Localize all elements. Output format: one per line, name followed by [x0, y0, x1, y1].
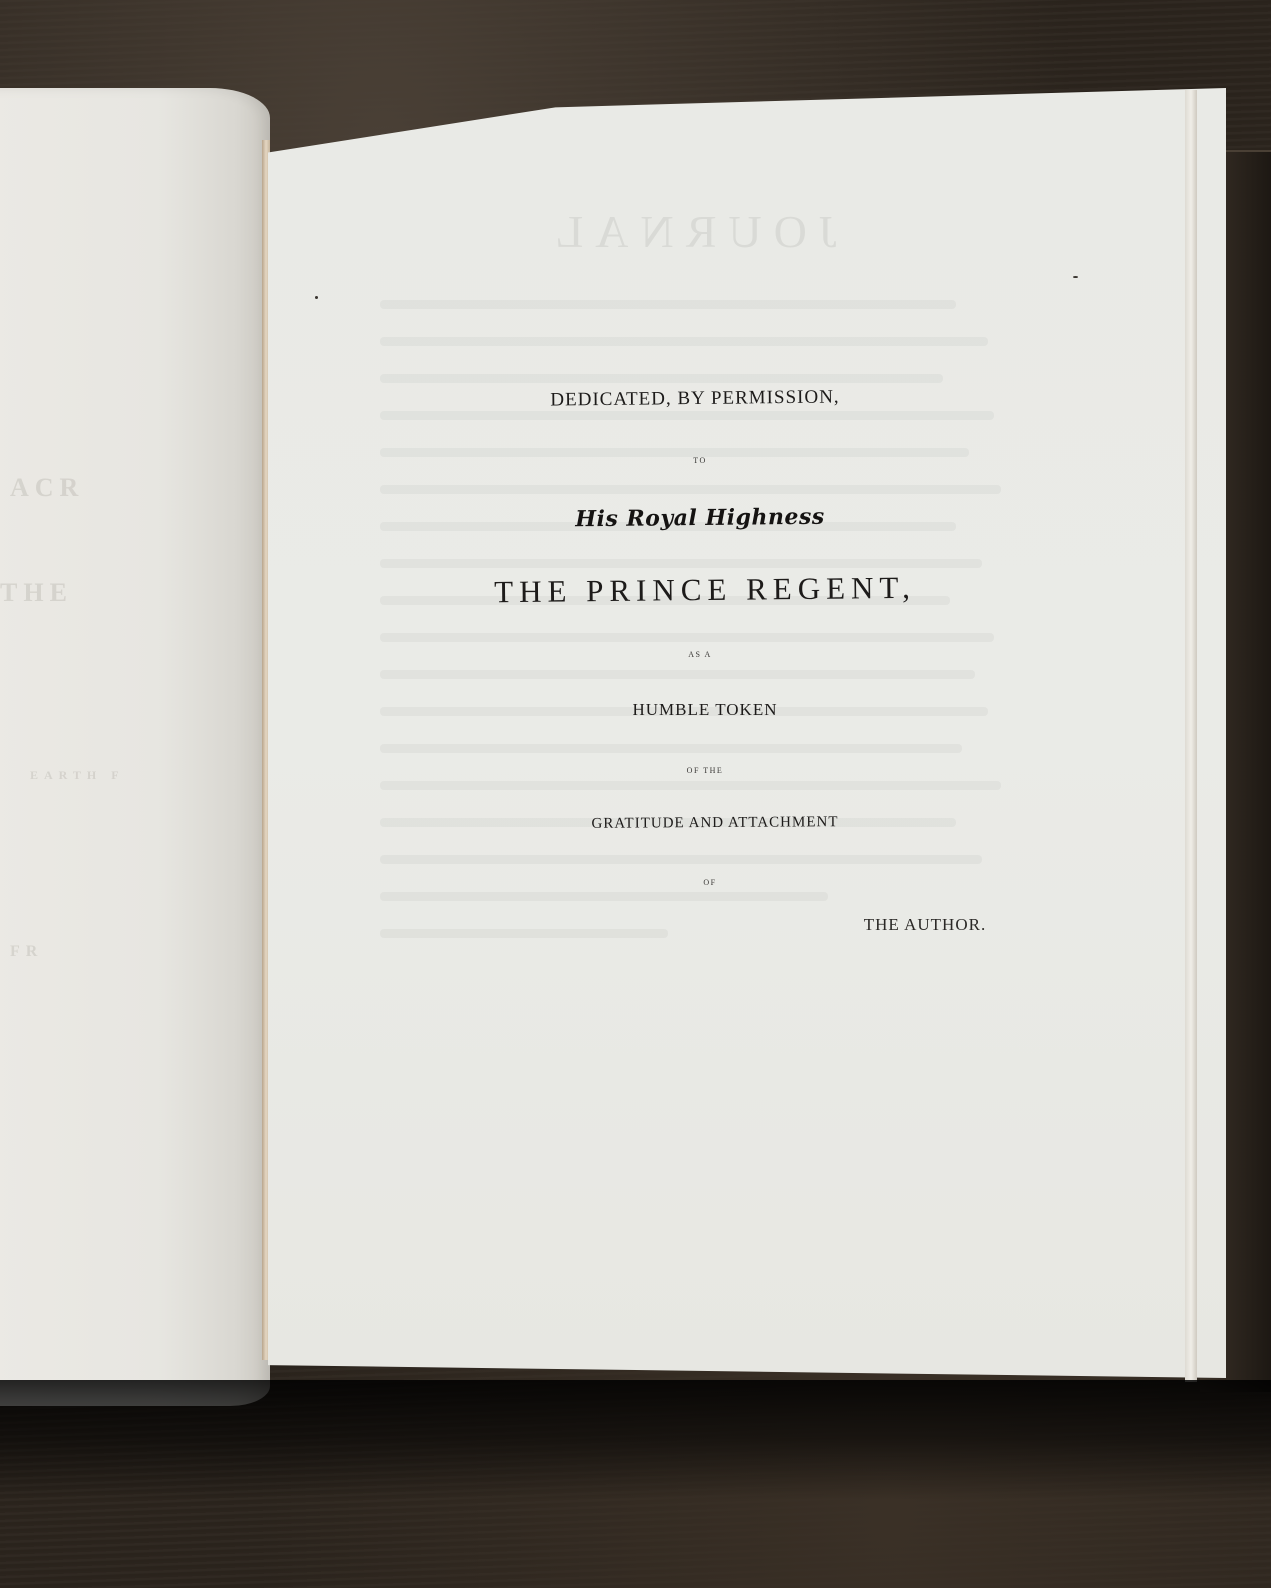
dedication-line-humble-token: HUMBLE TOKEN	[570, 700, 840, 720]
dedicatee-name: THE PRINCE REGENT,	[420, 569, 990, 611]
dedication-heading: DEDICATED, BY PERMISSION,	[470, 386, 920, 413]
bleed-through-text: THE	[0, 578, 73, 608]
dedication-blackletter-title: His Royal Highness	[540, 503, 860, 532]
bleed-through-title: JOURNAL	[510, 205, 870, 258]
book-shadow	[0, 1380, 1271, 1500]
bleed-through-text: FR	[10, 943, 43, 961]
bleed-through-text: ACR	[10, 473, 84, 503]
bleed-through-text-block	[380, 300, 1020, 1060]
dedication-line-gratitude: GRATITUDE AND ATTACHMENT	[530, 814, 900, 834]
paper-speck	[315, 296, 318, 299]
dedication-connector-of: OF	[680, 878, 740, 887]
dedication-connector-of-the: OF THE	[660, 766, 750, 775]
dedication-connector-as-a: AS A	[650, 650, 750, 659]
dedication-signature: THE AUTHOR.	[830, 915, 1020, 935]
dedication-connector-to: TO	[660, 456, 740, 465]
bleed-through-text: EARTH F	[30, 768, 125, 783]
paper-speck	[1073, 276, 1078, 278]
page-block-edge	[1185, 90, 1197, 1382]
left-page: ACR THE EARTH F FR	[0, 88, 270, 1406]
